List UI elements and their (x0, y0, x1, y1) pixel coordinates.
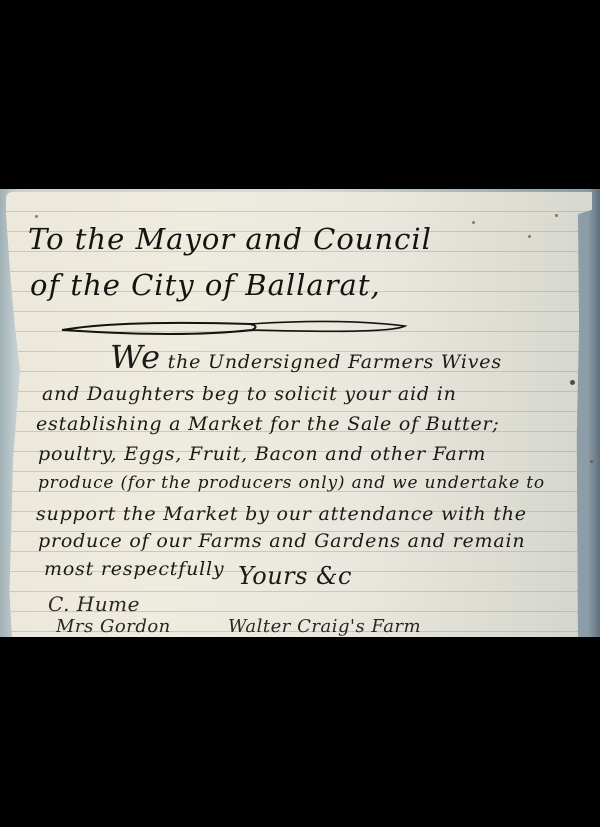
foxing-spot (555, 214, 558, 217)
signatory-2-note: Walter Craig's Farm (228, 616, 421, 637)
body-line-4: poultry, Eggs, Fruit, Bacon and other Fa… (38, 443, 486, 465)
foxing-spot (528, 235, 531, 238)
photo-frame: To the Mayor and Council of the City of … (0, 0, 600, 827)
body-line-2: and Daughters beg to solicit your aid in (42, 383, 457, 405)
address-line-1: To the Mayor and Council (28, 222, 432, 256)
signatory-1-name: C. Hume (48, 592, 140, 616)
body-line-5: produce (for the producers only) and we … (38, 473, 545, 493)
body-line-6: support the Market by our attendance wit… (36, 503, 527, 525)
foxing-spot (472, 221, 475, 224)
address-line-2: of the City of Ballarat, (30, 268, 381, 302)
ink-dot (570, 380, 575, 385)
closing-yours: Yours &c (238, 562, 352, 590)
body-line-8: most respectfully (44, 558, 224, 580)
foxing-spot (590, 460, 593, 463)
body-line-3: establishing a Market for the Sale of Bu… (36, 413, 500, 435)
body-line-1: We the Undersigned Farmers Wives (110, 338, 502, 376)
foxing-spot (35, 215, 38, 218)
body-line-1-text: the Undersigned Farmers Wives (168, 351, 502, 373)
signatory-2-name: Mrs Gordon (56, 616, 171, 637)
flourish-underline-icon (60, 316, 410, 338)
opening-word: We (110, 338, 161, 376)
body-line-7: produce of our Farms and Gardens and rem… (38, 530, 525, 552)
